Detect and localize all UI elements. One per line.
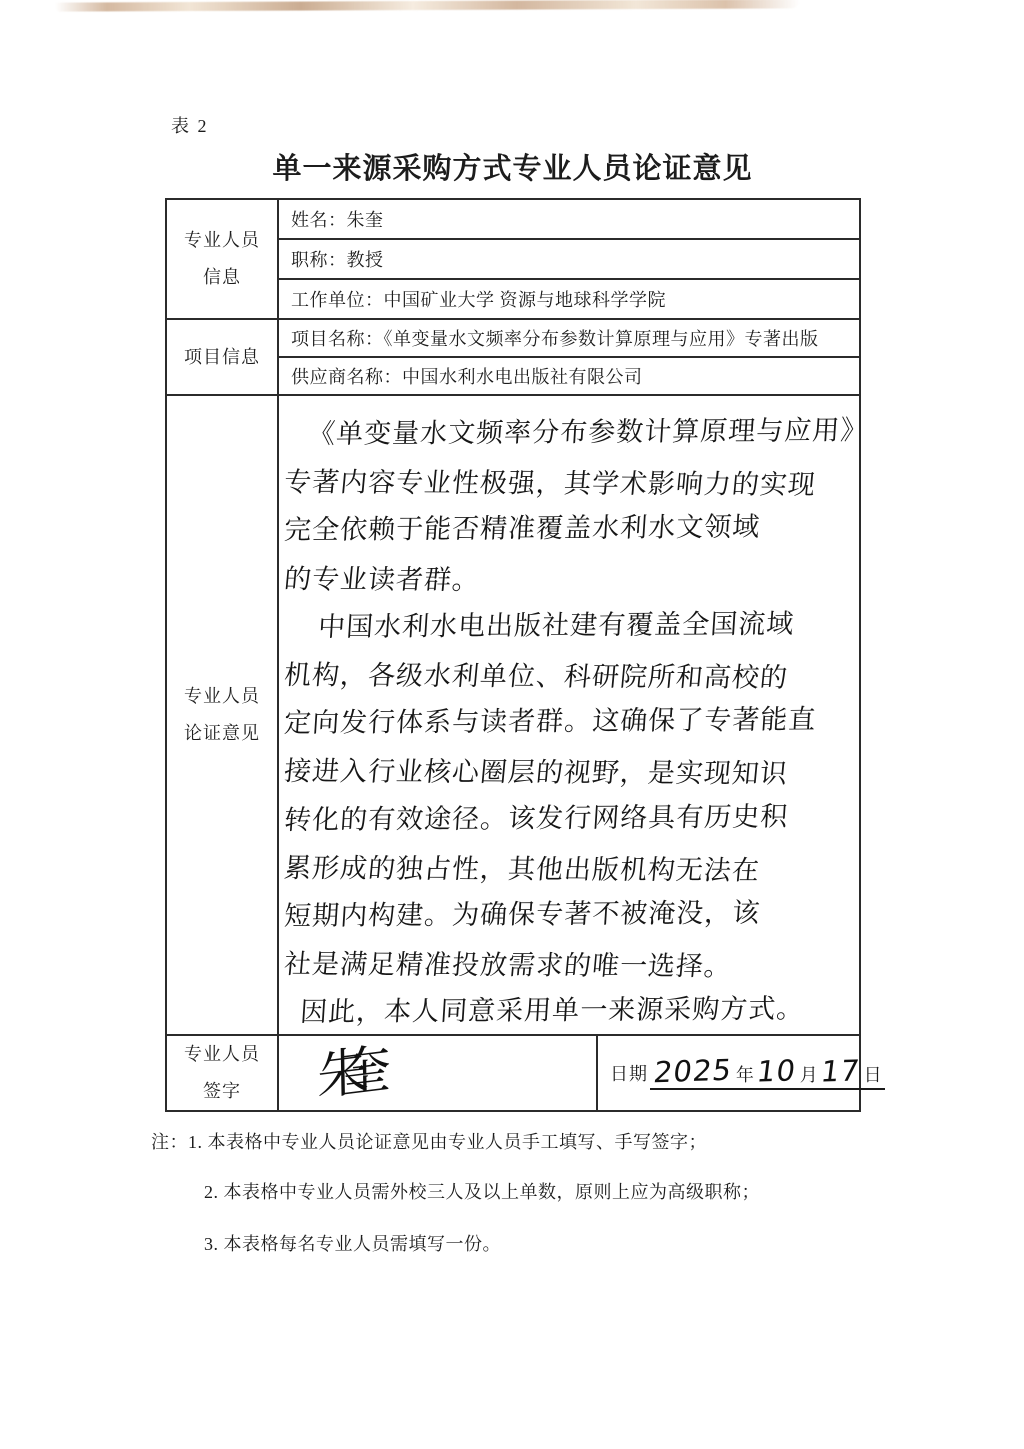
sheet-label: 表 2: [171, 112, 209, 138]
jobtitle-row: 职称：教授: [279, 238, 859, 278]
personnel-section-label: 专业人员 信息: [167, 200, 279, 318]
workunit-row: 工作单位：中国矿业大学 资源与地球科学学院: [279, 278, 859, 318]
signature-cell: 朱奎: [279, 1036, 596, 1110]
footnotes: 注： 1. 本表格中专业人员论证意见由专业人员手工填写、手写签字； 2. 本表格…: [151, 1128, 760, 1256]
signature-section-label-line1: 专业人员: [184, 1036, 260, 1073]
opinion-section-label-line2: 论证意见: [184, 715, 260, 752]
name-row: 姓名：朱奎: [279, 200, 859, 238]
opinion-line: 定向发行体系与读者群。这确保了专著能直: [282, 697, 869, 749]
form-table: 专业人员 信息 姓名：朱奎 职称：教授 工作单位：中国矿业大学 资源与地球科学学…: [165, 198, 861, 1112]
note-item-3: 3. 本表格每名专业人员需填写一份。: [204, 1230, 760, 1256]
torn-paper-edge-artifact: [55, 0, 800, 12]
opinion-line: 社是满足精准投放需求的唯一选择。: [282, 942, 870, 993]
date-year-value: 2025: [652, 1055, 734, 1087]
opinion-handwriting: 《单变量水文频率分布参数计算原理与应用》 专著内容专业性极强，其学术影响力的实现…: [279, 396, 868, 1034]
opinion-line: 的专业读者群。: [282, 557, 870, 608]
signature-section: 专业人员 签字 朱奎 日期 2025 年 10 月 17 日: [167, 1034, 859, 1110]
signature-handwriting: 朱奎: [317, 1029, 362, 1110]
project-section: 项目信息 项目名称：《单变量水文频率分布参数计算原理与应用》专著出版 供应商名称…: [167, 318, 859, 394]
opinion-line: 因此，本人同意采用单一来源采购方式。: [298, 986, 869, 1038]
note-item-1: 1. 本表格中专业人员论证意见由专业人员手工填写、手写签字；: [188, 1128, 707, 1154]
signature-section-label: 专业人员 签字: [167, 1036, 279, 1110]
opinion-line: 机构，各级水利单位、科研院所和高校的: [282, 653, 870, 704]
date-fill-line: 2025 年 10 月 17 日: [650, 1057, 885, 1090]
personnel-section: 专业人员 信息 姓名：朱奎 职称：教授 工作单位：中国矿业大学 资源与地球科学学…: [167, 200, 859, 318]
date-month-unit: 月: [800, 1065, 818, 1085]
page-title: 单一来源采购方式专业人员论证意见: [165, 146, 860, 187]
scanned-form-page: 表 2 单一来源采购方式专业人员论证意见 专业人员 信息 姓名：朱奎 职称：教授…: [0, 0, 1024, 1449]
opinion-line: 转化的有效途径。该发行网络具有历史积: [282, 793, 869, 845]
opinion-section: 专业人员 论证意见 《单变量水文频率分布参数计算原理与应用》 专著内容专业性极强…: [167, 394, 859, 1034]
date-day-unit: 日: [864, 1065, 882, 1085]
date-day-value: 17: [819, 1056, 862, 1086]
opinion-line: 中国水利水电出版社建有覆盖全国流域: [316, 601, 869, 653]
opinion-line: 短期内构建。为确保专著不被淹没，该: [282, 890, 869, 942]
notes-prefix: 注：: [151, 1128, 188, 1154]
personnel-section-label-line1: 专业人员: [184, 222, 260, 259]
supplier-row: 供应商名称：中国水利水电出版社有限公司: [279, 356, 859, 394]
opinion-line: 累形成的独占性，其他出版机构无法在: [282, 846, 870, 897]
date-cell: 日期 2025 年 10 月 17 日: [596, 1036, 859, 1110]
date-year-unit: 年: [736, 1065, 754, 1085]
opinion-line: 接进入行业核心圈层的视野，是实现知识: [282, 749, 870, 800]
date-month-value: 10: [755, 1056, 798, 1086]
project-section-label: 项目信息: [167, 320, 279, 394]
personnel-section-label-line2: 信息: [203, 259, 241, 296]
opinion-section-label-line1: 专业人员: [184, 678, 260, 715]
signature-section-label-line2: 签字: [203, 1073, 241, 1110]
opinion-line: 《单变量水文频率分布参数计算原理与应用》: [306, 408, 869, 460]
opinion-section-label: 专业人员 论证意见: [167, 396, 279, 1034]
project-name-row: 项目名称：《单变量水文频率分布参数计算原理与应用》专著出版: [279, 320, 859, 356]
date-label: 日期: [610, 1060, 648, 1086]
note-item-2: 2. 本表格中专业人员需外校三人及以上单数，原则上应为高级职称；: [204, 1178, 760, 1204]
opinion-line: 完全依赖于能否精准覆盖水利水文领域: [282, 504, 869, 556]
